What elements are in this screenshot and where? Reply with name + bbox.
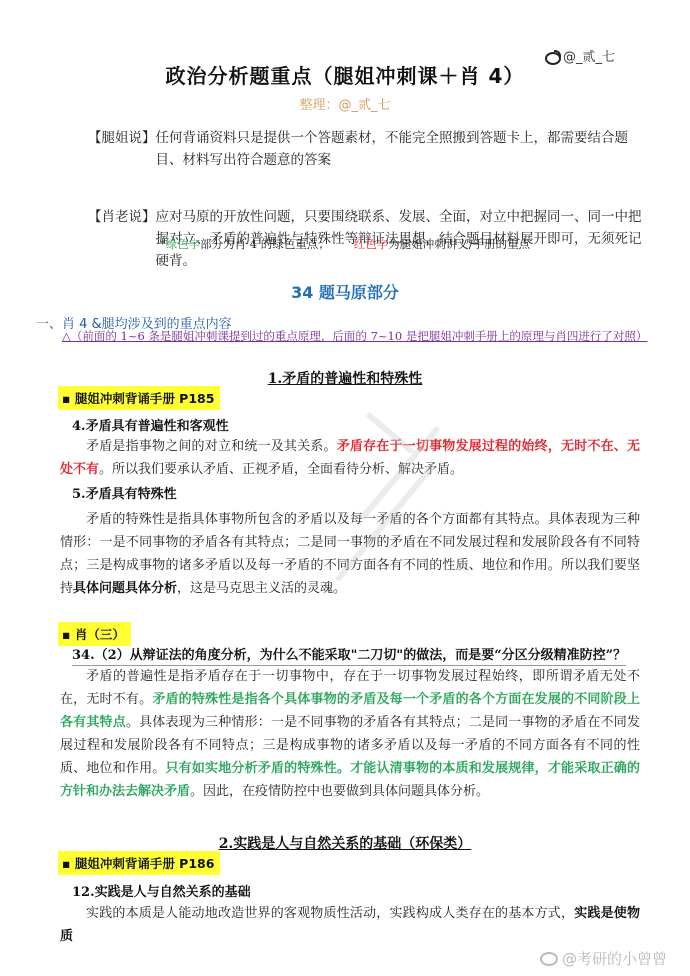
text-run: 。所以我们要承认矛盾、正视矛盾，全面看待分析、解决矛盾。 xyxy=(99,462,463,477)
source-highlight: ▪ 腿姐冲刺背诵手册 P185 xyxy=(58,386,220,410)
weibo-watermark-text: @考研的小曾曾 xyxy=(562,948,667,969)
text-run: 矛盾是指事物之间的对立和统一及其关系。 xyxy=(86,439,337,454)
topic-title: 1.矛盾的普遍性和特殊性 xyxy=(0,368,690,388)
legend-red-desc: 为腿姐冲刺讲义/手册的重点 xyxy=(388,237,530,251)
part-note: △（前面的 1~6 条是腿姐冲刺课提到过的重点原理，后面的 7~10 是把腿姐冲… xyxy=(62,328,647,344)
topic-title: 2.实践是人与自然关系的基础（环保类） xyxy=(0,833,690,853)
text-run: 。因此，在疫情防控中也要做到具体问题具体分析。 xyxy=(190,784,489,799)
quote-tag: 【腿姐说】 xyxy=(88,127,156,171)
legend-green-label: 绿色字 xyxy=(166,237,201,251)
item-paragraph: 矛盾的特殊性是指具体事物所包含的矛盾以及每一矛盾的各个方面都有其特点。具体表现为… xyxy=(60,508,640,600)
color-legend: *绿色字部分为肖 4 的绿色重点；红色字为腿姐冲刺讲义/手册的重点 xyxy=(0,236,690,252)
legend-green-desc: 部分为肖 4 的绿色重点； xyxy=(200,237,330,251)
item-paragraph: 矛盾是指事物之间的对立和统一及其关系。矛盾存在于一切事物发展过程的始终，无时不在… xyxy=(60,435,640,481)
answer-paragraph: 矛盾的普遍性是指矛盾存在于一切事物中，存在于一切事物发展过程始终，即所谓矛盾无处… xyxy=(60,665,640,803)
page-title: 政治分析题重点（腿姐冲刺课＋肖 4） xyxy=(0,60,690,89)
legend-red-label: 红色字 xyxy=(354,237,389,251)
weibo-watermark-bottom: @考研的小曾曾 xyxy=(540,948,667,969)
text-run: ，这是马克思主义活的灵魂。 xyxy=(177,581,346,596)
weibo-icon xyxy=(540,952,558,966)
source-highlight: ▪ 腿姐冲刺背诵手册 P186 xyxy=(58,851,220,875)
quote-tuijie: 【腿姐说】 任何背诵资料只是提供一个答题素材，不能完全照搬到答题卡上，都需要结合… xyxy=(88,127,648,171)
bold-emphasis: 具体问题具体分析 xyxy=(73,581,177,596)
organizer-credit: 整理：@_贰_七 xyxy=(0,94,690,113)
item-paragraph: 实践的本质是人能动地改造世界的客观物质性活动，实践构成人类存在的基本方式，实践是… xyxy=(60,902,640,948)
text-run: 实践的本质是人能动地改造世界的客观物质性活动，实践构成人类存在的基本方式， xyxy=(86,906,574,921)
quote-text: 任何背诵资料只是提供一个答题素材，不能完全照搬到答题卡上，都需要结合题目、材料写… xyxy=(156,127,649,171)
item-heading: 5.矛盾具有特殊性 xyxy=(72,483,177,502)
question-heading: 34.（2）从辩证法的角度分析，为什么不能采取"二刀切"的做法，而是要“分区分级… xyxy=(72,644,626,666)
item-heading: 4.矛盾具有普遍性和客观性 xyxy=(72,415,229,434)
source-highlight: ▪ 肖（三） xyxy=(58,622,131,646)
item-heading: 12.实践是人与自然关系的基础 xyxy=(72,881,251,900)
section-title: 34 题马原部分 xyxy=(0,280,690,303)
